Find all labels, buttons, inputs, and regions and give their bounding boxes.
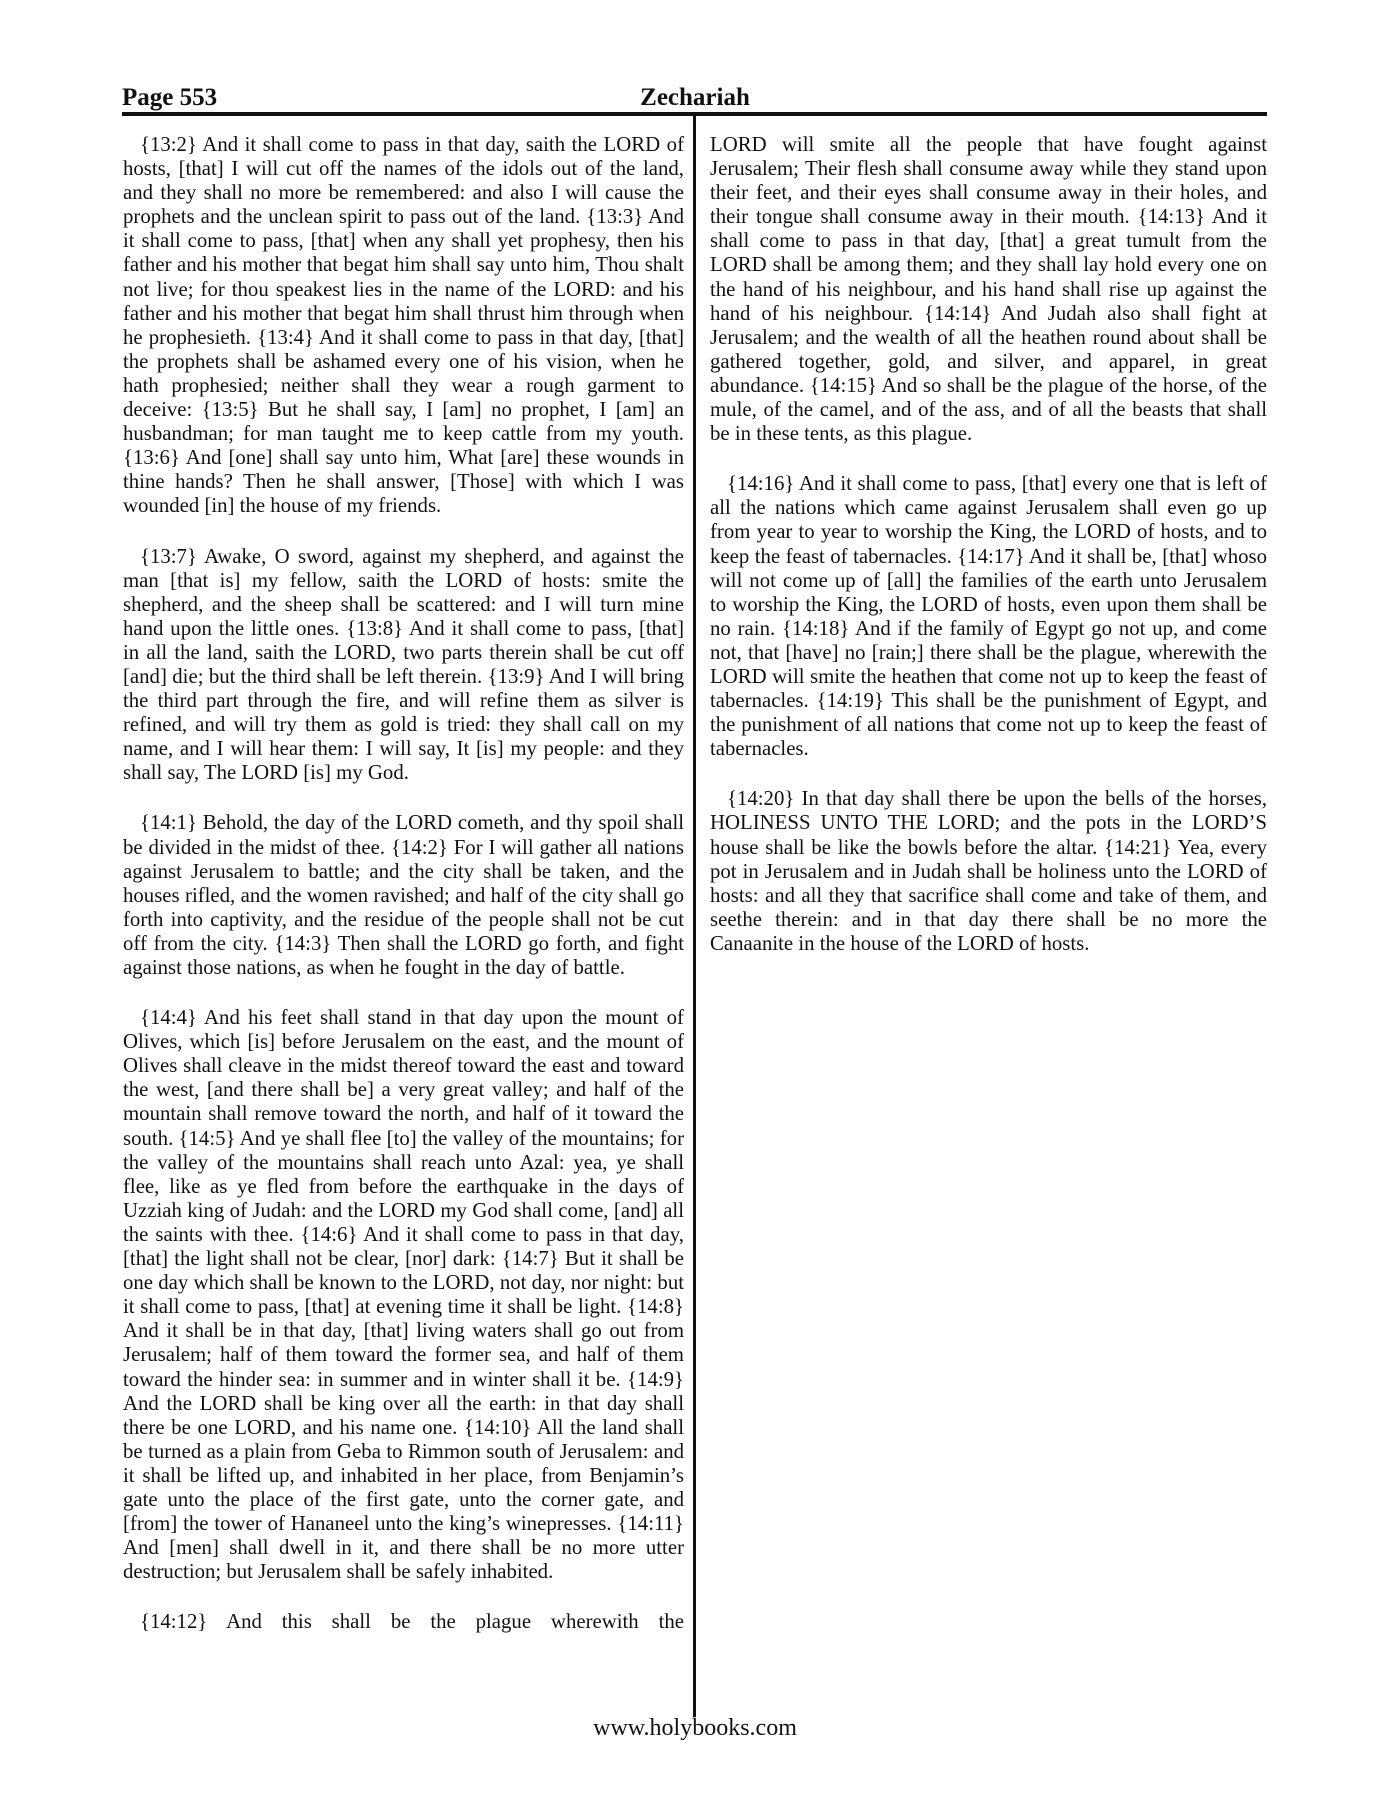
column-divider bbox=[693, 114, 696, 1717]
paragraph: LORD will smite all the people that have… bbox=[710, 133, 1267, 446]
paragraph: {13:7} Awake, O sword, against my shephe… bbox=[123, 545, 684, 786]
paragraph: {14:12} And this shall be the plague whe… bbox=[123, 1610, 684, 1634]
right-column: LORD will smite all the people that have… bbox=[710, 133, 1267, 982]
footer-website: www.holybooks.com bbox=[545, 1713, 845, 1743]
left-column: {13:2} And it shall come to pass in that… bbox=[123, 133, 684, 1660]
paragraph: {14:4} And his feet shall stand in that … bbox=[123, 1006, 684, 1584]
book-title: Zechariah bbox=[545, 84, 845, 112]
paragraph: {14:1} Behold, the day of the LORD comet… bbox=[123, 811, 684, 980]
page-number: Page 553 bbox=[122, 84, 217, 112]
paragraph: {13:2} And it shall come to pass in that… bbox=[123, 133, 684, 519]
paragraph: {14:20} In that day shall there be upon … bbox=[710, 787, 1267, 956]
paragraph: {14:16} And it shall come to pass, [that… bbox=[710, 472, 1267, 761]
